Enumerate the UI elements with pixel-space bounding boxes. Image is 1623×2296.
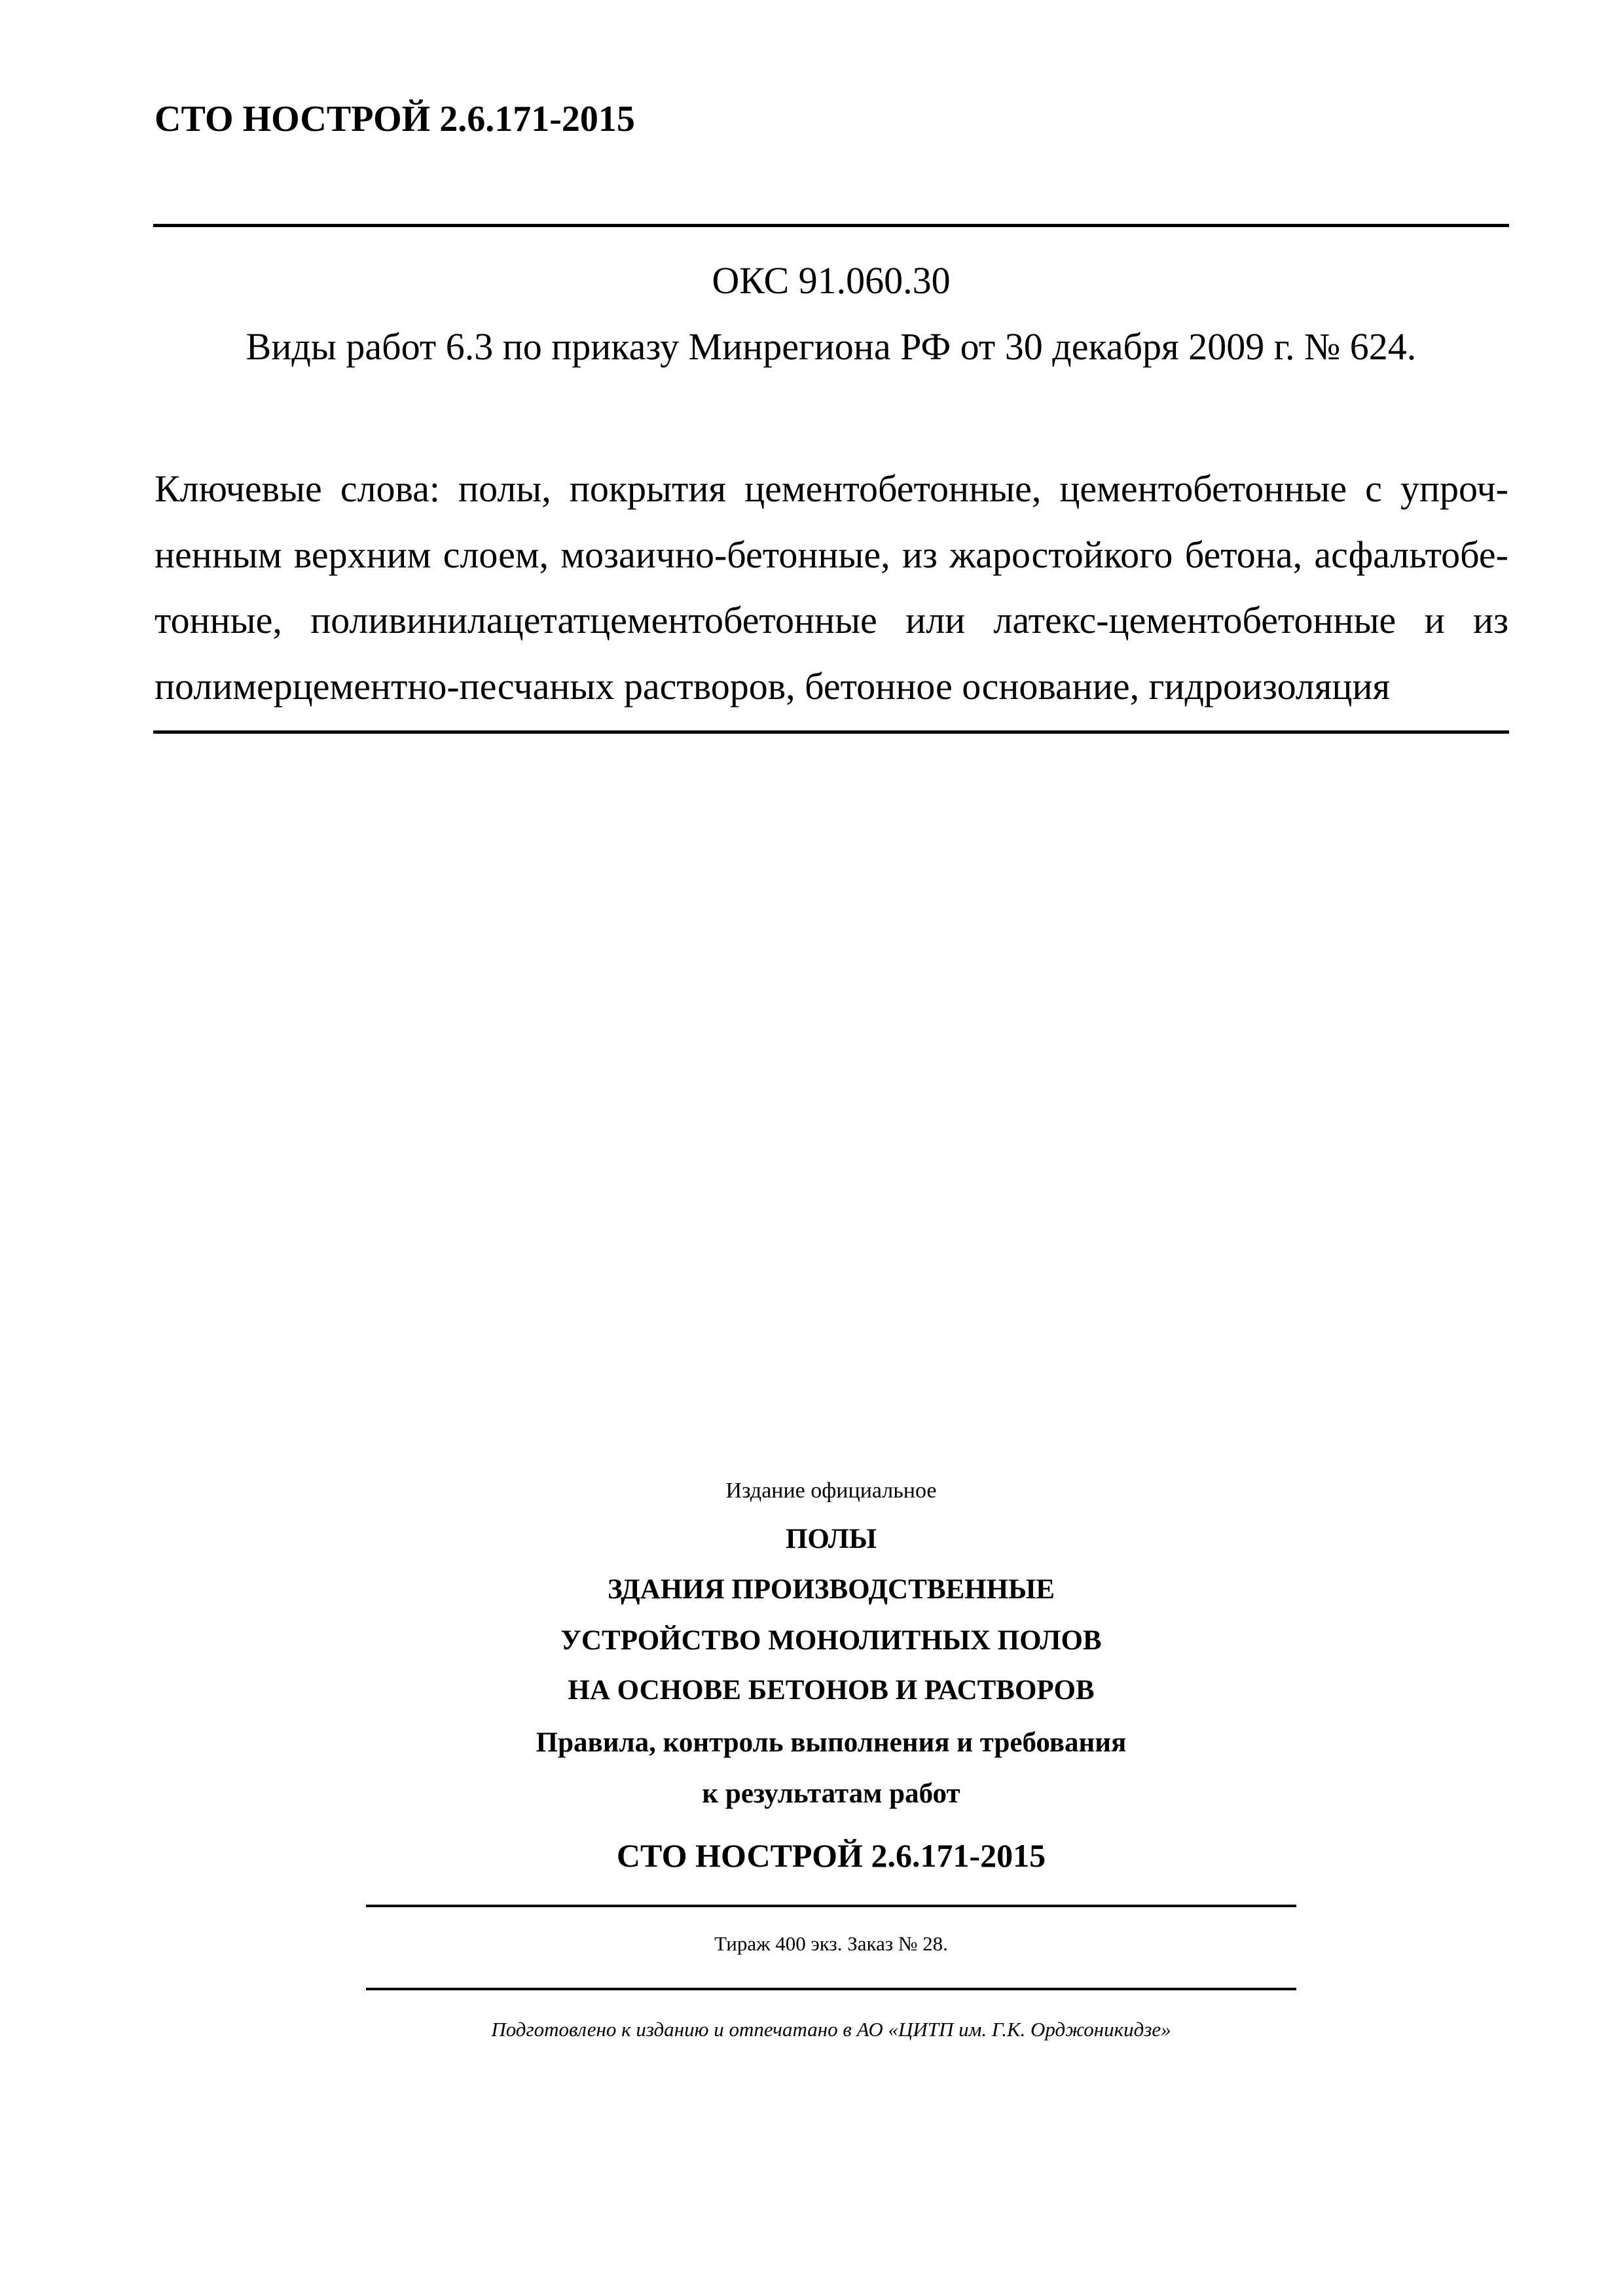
title-line-2: ЗДАНИЯ ПРОИЗВОДСТВЕННЫЕ (153, 1573, 1509, 1606)
title-line-3: УСТРОЙСТВО МОНОЛИТНЫХ ПОЛОВ (153, 1624, 1509, 1657)
oks-classification: ОКС 91.060.30 (153, 258, 1509, 304)
divider-top (153, 224, 1509, 227)
divider-keywords (153, 730, 1509, 734)
title-line-1: ПОЛЫ (153, 1523, 1509, 1556)
divider-imprint-top (366, 1905, 1296, 1907)
divider-imprint-bottom (366, 1988, 1296, 1990)
title-line-4: НА ОСНОВЕ БЕТОНОВ И РАСТВОРОВ (153, 1674, 1509, 1707)
printer-info: Подготовлено к изданию и отпечатано в АО… (153, 2017, 1509, 2042)
document-code-header: СТО НОСТРОЙ 2.6.171-2015 (155, 98, 635, 140)
print-run-info: Тираж 400 экз. Заказ № 28. (153, 1931, 1509, 1956)
keywords-paragraph: Ключевые слова: полы, покрытия цементобе… (155, 456, 1508, 719)
subtitle-line-1: Правила, контроль выполнения и требовани… (153, 1727, 1509, 1759)
subtitle-line-2: к результатам работ (153, 1778, 1509, 1810)
work-types-reference: Виды работ 6.3 по приказу Минрегиона РФ … (153, 324, 1509, 370)
document-code-imprint: СТО НОСТРОЙ 2.6.171-2015 (153, 1837, 1509, 1874)
edition-label: Издание официальное (153, 1478, 1509, 1504)
